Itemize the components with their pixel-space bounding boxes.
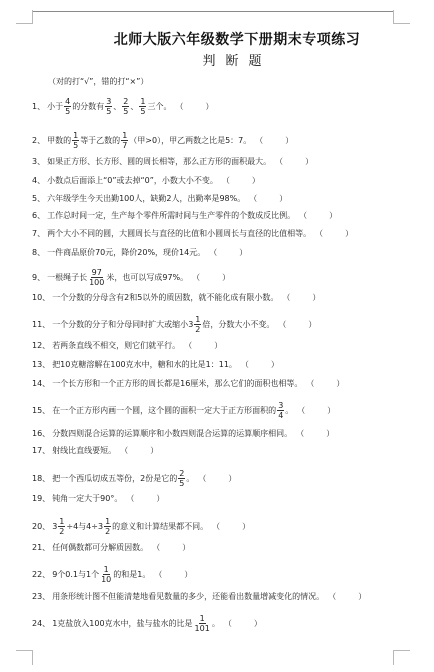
question-item: 2、甲数的15等于乙数的17（甲>0），甲乙两数之比是5：7。（）	[32, 131, 293, 150]
question-number: 3、	[32, 156, 45, 167]
close-paren: ）	[279, 194, 287, 203]
fraction: 34	[277, 401, 284, 420]
question-item: 13、把10克糖溶解在100克水中，糖和水的比是1：11。（）	[32, 359, 279, 370]
question-text: 任何偶数都可分解质因数。	[52, 542, 148, 553]
answer-blank[interactable]: （）	[209, 247, 247, 258]
answer-blank[interactable]: （）	[222, 175, 260, 186]
question-number: 17、	[32, 445, 50, 456]
fraction-denominator: 5	[72, 141, 79, 150]
open-paren: （	[315, 229, 323, 238]
question-text: 小数点后面添上“0”或去掉“0”，小数大小不变。	[47, 175, 218, 186]
mixed-number-whole: 3	[98, 522, 103, 531]
document-title: 北师大版六年级数学下册期末专项练习	[0, 29, 434, 49]
question-item: 19、钝角一定大于90°。（）	[32, 493, 164, 504]
open-paren: （	[275, 157, 283, 166]
open-paren: （	[120, 446, 128, 455]
question-number: 12、	[32, 340, 50, 351]
crop-mark-bottom-right	[393, 650, 410, 665]
question-number: 21、	[32, 542, 50, 553]
question-item: 22、9个0.1与1个110的和是1。（）	[32, 565, 192, 584]
fraction: 35	[105, 97, 112, 116]
question-number: 2、	[32, 135, 45, 146]
fraction-numerator: 1	[194, 315, 201, 325]
close-paren: ）	[150, 446, 158, 455]
close-paren: ）	[205, 102, 213, 111]
fraction-numerator: 4	[64, 97, 71, 107]
question-text: 甲数的	[47, 135, 71, 146]
fraction-numerator: 1	[104, 517, 111, 527]
answer-blank[interactable]: （）	[282, 292, 320, 303]
question-number: 6、	[32, 210, 45, 221]
question-item: 9、一根绳子长97100米，也可以写成97%。（）	[32, 268, 230, 287]
answer-blank[interactable]: （）	[275, 156, 313, 167]
open-paren: （	[296, 429, 304, 438]
answer-blank[interactable]: （）	[175, 101, 213, 112]
answer-blank[interactable]: （）	[154, 569, 192, 580]
fraction-numerator: 3	[105, 97, 112, 107]
question-text: 米，也可以写成97%。	[106, 272, 188, 283]
open-paren: （	[282, 293, 290, 302]
open-paren: （	[184, 341, 192, 350]
open-paren: （	[198, 474, 206, 483]
fraction-denominator: 5	[178, 479, 185, 488]
question-item: 14、一个长方形和一个正方形的周长都是16厘米，那么它们的面积也相等。（）	[32, 378, 344, 389]
fraction: 25	[122, 97, 129, 116]
open-paren: （	[154, 570, 162, 579]
fraction: 12	[194, 315, 201, 334]
answer-blank[interactable]: （）	[299, 210, 337, 221]
question-text: 分数四则混合运算的运算顺序和小数四则混合运算的运算顺序相同。	[52, 428, 292, 439]
question-text: 一件商品原价70元，降价20%，现价14元。	[47, 247, 205, 258]
question-item: 24、1克盐放入100克水中，盐与盐水的比是1101。（）	[32, 614, 262, 633]
answer-blank[interactable]: （）	[120, 445, 158, 456]
open-paren: （	[306, 379, 314, 388]
open-paren: （	[192, 273, 200, 282]
close-paren: ）	[271, 360, 279, 369]
close-paren: ）	[305, 157, 313, 166]
question-item: 18、把一个西瓜切成五等份，2份是它的25。（）	[32, 469, 236, 488]
close-paren: ）	[182, 543, 190, 552]
fraction-denominator: 5	[105, 107, 112, 116]
question-item: 5、六年级学生今天出勤100人，缺勤2人，出勤率是98%。（）	[32, 193, 287, 204]
answer-blank[interactable]: （）	[297, 405, 335, 416]
close-paren: ）	[228, 474, 236, 483]
question-item: 1、小于45的分数有35、25、15三个。（）	[32, 97, 213, 116]
close-paren: ）	[327, 406, 335, 415]
close-paren: ）	[239, 248, 247, 257]
close-paren: ）	[254, 619, 262, 628]
fraction: 25	[178, 469, 185, 488]
open-paren: （	[328, 592, 336, 601]
question-item: 15、在一个正方形内画一个圆，这个圆的面积一定大于正方形面积的34。（）	[32, 401, 335, 420]
fraction-numerator: 1	[121, 131, 128, 141]
question-text: 若两条直线不相交，则它们就平行。	[52, 340, 180, 351]
fraction-numerator: 1	[103, 565, 110, 575]
question-text: 。	[285, 405, 293, 416]
close-paren: ）	[345, 229, 353, 238]
question-text: 用条形统计图不但能清楚地看见数量的多少，还能看出数量增减变化的情况。	[52, 591, 324, 602]
answer-blank[interactable]: （）	[126, 493, 164, 504]
question-number: 8、	[32, 247, 45, 258]
fraction-denominator: 7	[121, 141, 128, 150]
mixed-number-whole: 3	[188, 320, 193, 329]
question-number: 5、	[32, 193, 45, 204]
fraction-denominator: 5	[64, 107, 71, 116]
close-paren: ）	[285, 136, 293, 145]
fraction-numerator: 97	[91, 268, 103, 278]
question-text: 一个长方形和一个正方形的周长都是16厘米，那么它们的面积也相等。	[52, 378, 302, 389]
question-text: 钝角一定大于90°。	[52, 493, 122, 504]
close-paren: ）	[326, 429, 334, 438]
question-item: 20、312÷4与4÷312的意义和计算结果都不同。（）	[32, 517, 250, 536]
answer-blank[interactable]: （）	[296, 428, 334, 439]
question-number: 22、	[32, 569, 50, 580]
question-text: 如果正方形、长方形、圆的周长相等，那么正方形的面积最大。	[47, 156, 271, 167]
question-item: 23、用条形统计图不但能清楚地看见数量的多少，还能看出数量增减变化的情况。（）	[32, 591, 366, 602]
fraction: 110	[100, 565, 112, 584]
fraction-numerator: 1	[58, 517, 65, 527]
close-paren: ）	[252, 176, 260, 185]
close-paren: ）	[156, 494, 164, 503]
question-item: 11、一个分数的分子和分母同时扩大或缩小312倍，分数大小不变。（）	[32, 315, 316, 334]
open-paren: （	[212, 522, 220, 531]
fraction-denominator: 4	[277, 411, 284, 420]
open-paren: （	[126, 494, 134, 503]
question-number: 10、	[32, 292, 50, 303]
close-paren: ）	[336, 379, 344, 388]
answer-blank[interactable]: （）	[212, 521, 250, 532]
question-item: 3、如果正方形、长方形、圆的周长相等，那么正方形的面积最大。（）	[32, 156, 313, 167]
open-paren: （	[175, 102, 183, 111]
crop-mark-top-right	[393, 10, 410, 24]
question-item: 7、两个大小不同的圆，大圆周长与直径的比值和小圆周长与直径的比值相等。（）	[32, 228, 353, 239]
fraction: 12	[104, 517, 111, 536]
answer-blank[interactable]: （）	[278, 319, 316, 330]
fraction-denominator: 5	[122, 107, 129, 116]
question-number: 24、	[32, 618, 50, 629]
fraction-denominator: 5	[139, 107, 146, 116]
answer-blank[interactable]: （）	[198, 473, 236, 484]
question-text: 的意义和计算结果都不同。	[112, 521, 208, 532]
question-text: ÷4与4÷	[66, 521, 98, 532]
close-paren: ）	[184, 570, 192, 579]
question-text: 两个大小不同的圆，大圆周长与直径的比值和小圆周长与直径的比值相等。	[47, 228, 311, 239]
fraction: 15	[139, 97, 146, 116]
question-text: 等于乙数的	[80, 135, 120, 146]
question-text: （甲>0），甲乙两数之比是5：7。	[129, 135, 251, 146]
question-item: 21、任何偶数都可分解质因数。（）	[32, 542, 190, 553]
question-text: 一根绳子长	[47, 272, 87, 283]
fraction-numerator: 3	[277, 401, 284, 411]
fraction: 17	[121, 131, 128, 150]
answer-blank[interactable]: （）	[328, 591, 366, 602]
fraction-numerator: 1	[72, 131, 79, 141]
fraction-denominator: 10	[100, 575, 112, 584]
fraction: 12	[58, 517, 65, 536]
answer-blank[interactable]: （）	[241, 359, 279, 370]
crop-mark-bottom-left	[16, 650, 33, 665]
answer-blank[interactable]: （）	[184, 340, 222, 351]
close-paren: ）	[358, 592, 366, 601]
question-number: 1、	[32, 101, 45, 112]
open-paren: （	[209, 248, 217, 257]
question-number: 15、	[32, 405, 50, 416]
answer-blank[interactable]: （）	[255, 135, 293, 146]
question-text: 倍，分数大小不变。	[202, 319, 274, 330]
fraction-numerator: 1	[139, 97, 146, 107]
open-paren: （	[278, 320, 286, 329]
question-number: 4、	[32, 175, 45, 186]
close-paren: ）	[329, 211, 337, 220]
answer-blank[interactable]: （）	[315, 228, 353, 239]
section-subtitle: 判断题	[0, 50, 434, 69]
fraction-denominator: 100	[88, 278, 105, 287]
answer-blank[interactable]: （）	[224, 618, 262, 629]
question-text: 的和是1。	[113, 569, 150, 580]
question-text: 在一个正方形内画一个圆，这个圆的面积一定大于正方形面积的	[52, 405, 276, 416]
question-text: 。	[212, 618, 220, 629]
question-text: 、	[130, 101, 138, 112]
fraction-numerator: 2	[122, 97, 129, 107]
question-number: 9、	[32, 272, 45, 283]
question-number: 23、	[32, 591, 50, 602]
question-text: 三个。	[147, 101, 171, 112]
open-paren: （	[241, 360, 249, 369]
question-number: 14、	[32, 378, 50, 389]
fraction-denominator: 101	[194, 624, 211, 633]
open-paren: （	[297, 406, 305, 415]
question-text: 把一个西瓜切成五等份，2份是它的	[52, 473, 177, 484]
fraction-numerator: 2	[178, 469, 185, 479]
fraction-denominator: 2	[194, 325, 201, 334]
question-text: 一个分数的分子和分母同时扩大或缩小	[52, 319, 188, 330]
close-paren: ）	[222, 273, 230, 282]
question-number: 16、	[32, 428, 50, 439]
question-item: 6、工作总时间一定，生产每个零件所需时间与生产零件的个数成反比例。（）	[32, 210, 337, 221]
close-paren: ）	[242, 522, 250, 531]
page-header-line	[33, 11, 393, 12]
close-paren: ）	[308, 320, 316, 329]
open-paren: （	[249, 194, 257, 203]
question-text: 工作总时间一定，生产每个零件所需时间与生产零件的个数成反比例。	[47, 210, 295, 221]
question-item: 8、一件商品原价70元，降价20%，现价14元。（）	[32, 247, 247, 258]
crop-mark-top-left	[16, 10, 33, 24]
fraction: 45	[64, 97, 71, 116]
fraction: 15	[72, 131, 79, 150]
question-number: 20、	[32, 521, 50, 532]
close-paren: ）	[214, 341, 222, 350]
mixed-number-whole: 3	[52, 522, 57, 531]
question-text: 1克盐放入100克水中，盐与盐水的比是	[52, 618, 192, 629]
question-text: 六年级学生今天出勤100人，缺勤2人，出勤率是98%。	[47, 193, 245, 204]
question-number: 7、	[32, 228, 45, 239]
open-paren: （	[224, 619, 232, 628]
question-item: 4、小数点后面添上“0”或去掉“0”，小数大小不变。（）	[32, 175, 260, 186]
fraction: 1101	[194, 614, 211, 633]
question-item: 17、射线比直线要短。（）	[32, 445, 158, 456]
question-number: 18、	[32, 473, 50, 484]
question-text: 射线比直线要短。	[52, 445, 116, 456]
fraction-denominator: 2	[104, 527, 111, 536]
fraction-denominator: 2	[58, 527, 65, 536]
answer-blank[interactable]: （）	[152, 542, 190, 553]
answer-blank[interactable]: （）	[249, 193, 287, 204]
fraction: 97100	[88, 268, 105, 287]
open-paren: （	[222, 176, 230, 185]
answer-blank[interactable]: （）	[306, 378, 344, 389]
open-paren: （	[255, 136, 263, 145]
question-number: 11、	[32, 319, 50, 330]
answer-blank[interactable]: （）	[192, 272, 230, 283]
open-paren: （	[152, 543, 160, 552]
question-item: 16、分数四则混合运算的运算顺序和小数四则混合运算的运算顺序相同。（）	[32, 428, 334, 439]
question-text: 。	[186, 473, 194, 484]
question-text: 小于	[47, 101, 63, 112]
close-paren: ）	[312, 293, 320, 302]
question-text: 、	[113, 101, 121, 112]
question-text: 把10克糖溶解在100克水中，糖和水的比是1：11。	[52, 359, 237, 370]
question-number: 13、	[32, 359, 50, 370]
instructions: （对的打“√”，错的打“×”）	[48, 76, 148, 87]
question-text: 一个分数的分母含有2和5以外的质因数，就不能化成有限小数。	[52, 292, 278, 303]
question-number: 19、	[32, 493, 50, 504]
question-text: 9个0.1与1个	[52, 569, 99, 580]
open-paren: （	[299, 211, 307, 220]
question-text: 的分数有	[72, 101, 104, 112]
question-item: 10、一个分数的分母含有2和5以外的质因数，就不能化成有限小数。（）	[32, 292, 320, 303]
question-item: 12、若两条直线不相交，则它们就平行。（）	[32, 340, 222, 351]
fraction-numerator: 1	[199, 614, 206, 624]
